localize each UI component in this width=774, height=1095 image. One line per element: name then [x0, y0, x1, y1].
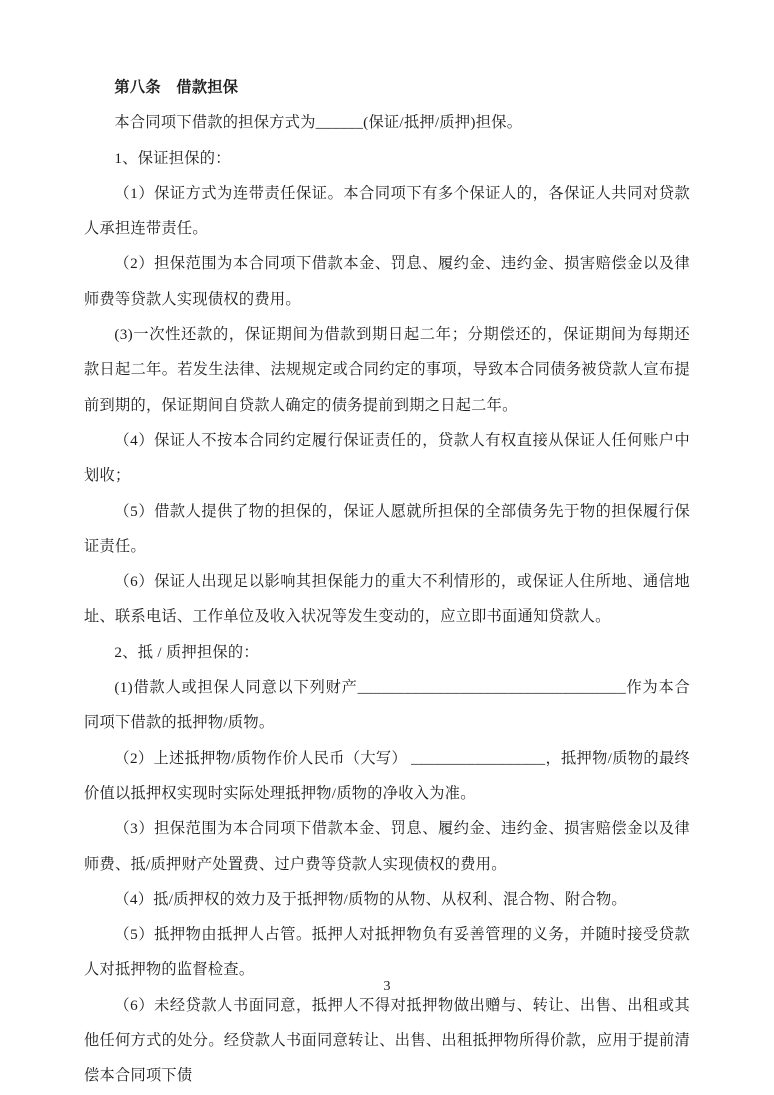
clause-paragraph-section2-item3: （3）担保范围为本合同项下借款本金、罚息、履约金、违约金、损害赔偿金以及律师费、… [84, 811, 690, 882]
clause-paragraph-section1-item2: （2）担保范围为本合同项下借款本金、罚息、履约金、违约金、损害赔偿金以及律师费等… [84, 246, 690, 317]
clause-paragraph-section1-item6: （6）保证人出现足以影响其担保能力的重大不利情形的，或保证人住所地、通信地址、联… [84, 564, 690, 635]
clause-paragraph-section2-item2: （2）上述抵押物/质物作价人民币（大写） _________________，抵… [84, 741, 690, 812]
clause-paragraph-section1-item5: （5）借款人提供了物的担保的，保证人愿就所担保的全部债务先于物的担保履行保证责任… [84, 494, 690, 565]
clause-paragraph-section2-item6: （6）未经贷款人书面同意，抵押人不得对抵押物做出赠与、转让、出售、出租或其他任何… [84, 988, 690, 1094]
clause-paragraph-section1-item3: (3)一次性还款的，保证期间为借款到期日起二年；分期偿还的，保证期间为每期还款日… [84, 317, 690, 423]
clause-paragraph-guarantee-method: 本合同项下借款的担保方式为______(保证/抵押/质押)担保。 [84, 105, 690, 140]
clause-paragraph-section2-item1: (1)借款人或担保人同意以下列财产_______________________… [84, 670, 690, 741]
clause-paragraph-section2-item4: （4）抵/质押权的效力及于抵押物/质物的从物、从权利、混合物、附合物。 [84, 882, 690, 917]
clause-paragraph-section2-title: 2、抵 / 质押担保的： [84, 635, 690, 670]
clause-heading: 第八条 借款担保 [84, 70, 690, 105]
clause-paragraph-section1-item4: （4）保证人不按本合同约定履行保证责任的，贷款人有权直接从保证人任何账户中划收； [84, 423, 690, 494]
page-number: 3 [0, 977, 774, 997]
clause-paragraph-section1-item1: （1）保证方式为连带责任保证。本合同项下有多个保证人的，各保证人共同对贷款人承担… [84, 176, 690, 247]
clause-paragraph-section1-title: 1、保证担保的： [84, 141, 690, 176]
document-page: 第八条 借款担保 本合同项下借款的担保方式为______(保证/抵押/质押)担保… [0, 0, 774, 1095]
